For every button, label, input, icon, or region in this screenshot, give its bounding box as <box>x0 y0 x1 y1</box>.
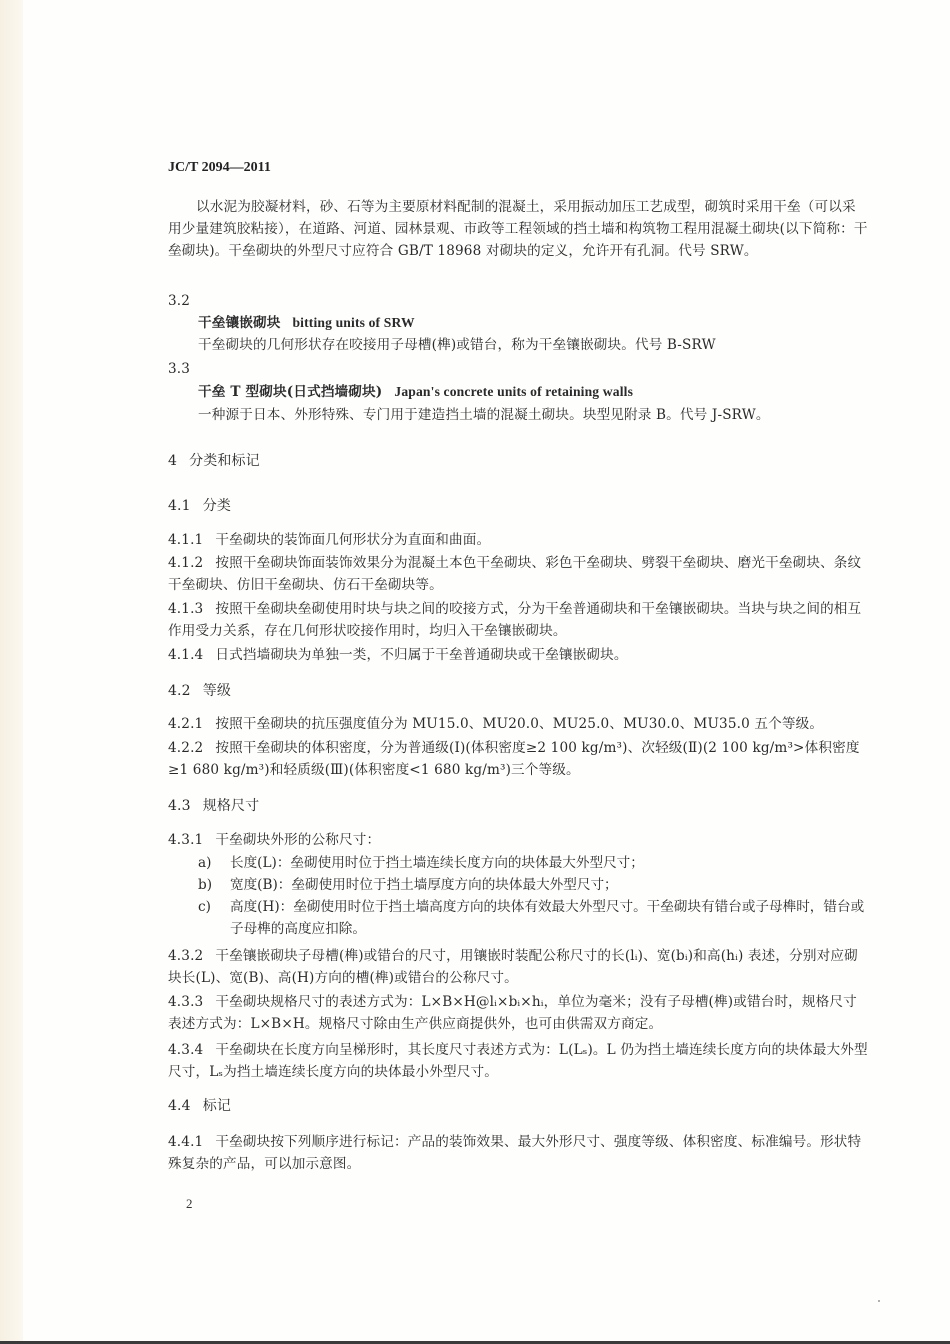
list-item-width: b) 宽度(B)：垒砌使用时位于挡土墙厚度方向的块体最大外型尺寸； <box>168 874 868 896</box>
list-item-length: a) 长度(L)：垒砌使用时位于挡土墙连续长度方向的块体最大外型尺寸； <box>168 852 868 874</box>
intro-paragraph: 以水泥为胶凝材料，砂、石等为主要原材料配制的混凝土，采用振动加压工艺成型，砌筑时… <box>168 196 868 262</box>
clause-4-1-2: 4.1.2按照干垒砌块饰面装饰效果分为混凝土本色干垒砌块、彩色干垒砌块、劈裂干垒… <box>168 552 868 596</box>
clause-number-3-2: 3.2 <box>168 290 868 312</box>
clause-4-1-4: 4.1.4日式挡墙砌块为单独一类，不归属于干垒普通砌块或干垒镶嵌砌块。 <box>168 644 868 666</box>
dimension-list: a) 长度(L)：垒砌使用时位于挡土墙连续长度方向的块体最大外型尺寸； b) 宽… <box>168 852 868 940</box>
term-zh: 干垒 T 型砌块(日式挡墙砌块) <box>198 384 382 400</box>
clause-4-1-1: 4.1.1干垒砌块的装饰面几何形状分为直面和曲面。 <box>168 529 868 551</box>
section-heading-4-4: 4.4标记 <box>168 1095 868 1117</box>
term-3-3: 干垒 T 型砌块(日式挡墙砌块)Japan's concrete units o… <box>168 381 898 403</box>
clause-4-2-2: 4.2.2按照干垒砌块的体积密度，分为普通级(Ⅰ)(体积密度≥2 100 kg/… <box>168 737 868 781</box>
section-heading-4-1: 4.1分类 <box>168 495 868 517</box>
clause-4-3-4: 4.3.4干垒砌块在长度方向呈梯形时，其长度尺寸表述方式为：L(Lₛ)。L 仍为… <box>168 1039 868 1083</box>
term-en: bitting units of SRW <box>292 315 414 330</box>
clause-4-3-1: 4.3.1干垒砌块外形的公称尺寸： <box>168 829 868 851</box>
scan-left-margin <box>0 0 23 1344</box>
section-heading-4-2: 4.2等级 <box>168 680 868 702</box>
clause-4-4-1: 4.4.1干垒砌块按下列顺序进行标记：产品的装饰效果、最大外形尺寸、强度等级、体… <box>168 1131 868 1175</box>
scan-speck <box>878 1300 880 1302</box>
term-zh: 干垒镶嵌砌块 <box>198 315 280 331</box>
list-item-height: c) 高度(H)：垒砌使用时位于挡土墙高度方向的块体有效最大外型尺寸。干垒砌块有… <box>168 896 868 940</box>
definition-3-2: 干垒砌块的几何形状存在咬接用子母槽(榫)或错台，称为干垒镶嵌砌块。代号 B-SR… <box>168 334 898 356</box>
page-number: 2 <box>186 1196 193 1212</box>
clause-4-1-3: 4.1.3按照干垒砌块垒砌使用时块与块之间的咬接方式，分为干垒普通砌块和干垒镶嵌… <box>168 598 868 642</box>
section-heading-4: 4分类和标记 <box>168 450 868 472</box>
clause-4-3-3: 4.3.3干垒砌块规格尺寸的表述方式为：L×B×H@lᵢ×bᵢ×hᵢ，单位为毫米… <box>168 991 868 1035</box>
definition-3-3: 一种源于日本、外形特殊、专门用于建造挡土墙的混凝土砌块。块型见附录 B。代号 J… <box>168 404 898 426</box>
clause-4-3-2: 4.3.2干垒镶嵌砌块子母槽(榫)或错台的尺寸，用镶嵌时装配公称尺寸的长(lᵢ)… <box>168 945 868 989</box>
section-heading-4-3: 4.3规格尺寸 <box>168 795 868 817</box>
clause-4-2-1: 4.2.1按照干垒砌块的抗压强度值分为 MU15.0、MU20.0、MU25.0… <box>168 713 868 735</box>
clause-number-3-3: 3.3 <box>168 358 868 380</box>
term-3-2: 干垒镶嵌砌块bitting units of SRW <box>168 312 898 334</box>
term-en: Japan's concrete units of retaining wall… <box>394 384 633 399</box>
document-id: JC/T 2094—2011 <box>168 160 271 176</box>
